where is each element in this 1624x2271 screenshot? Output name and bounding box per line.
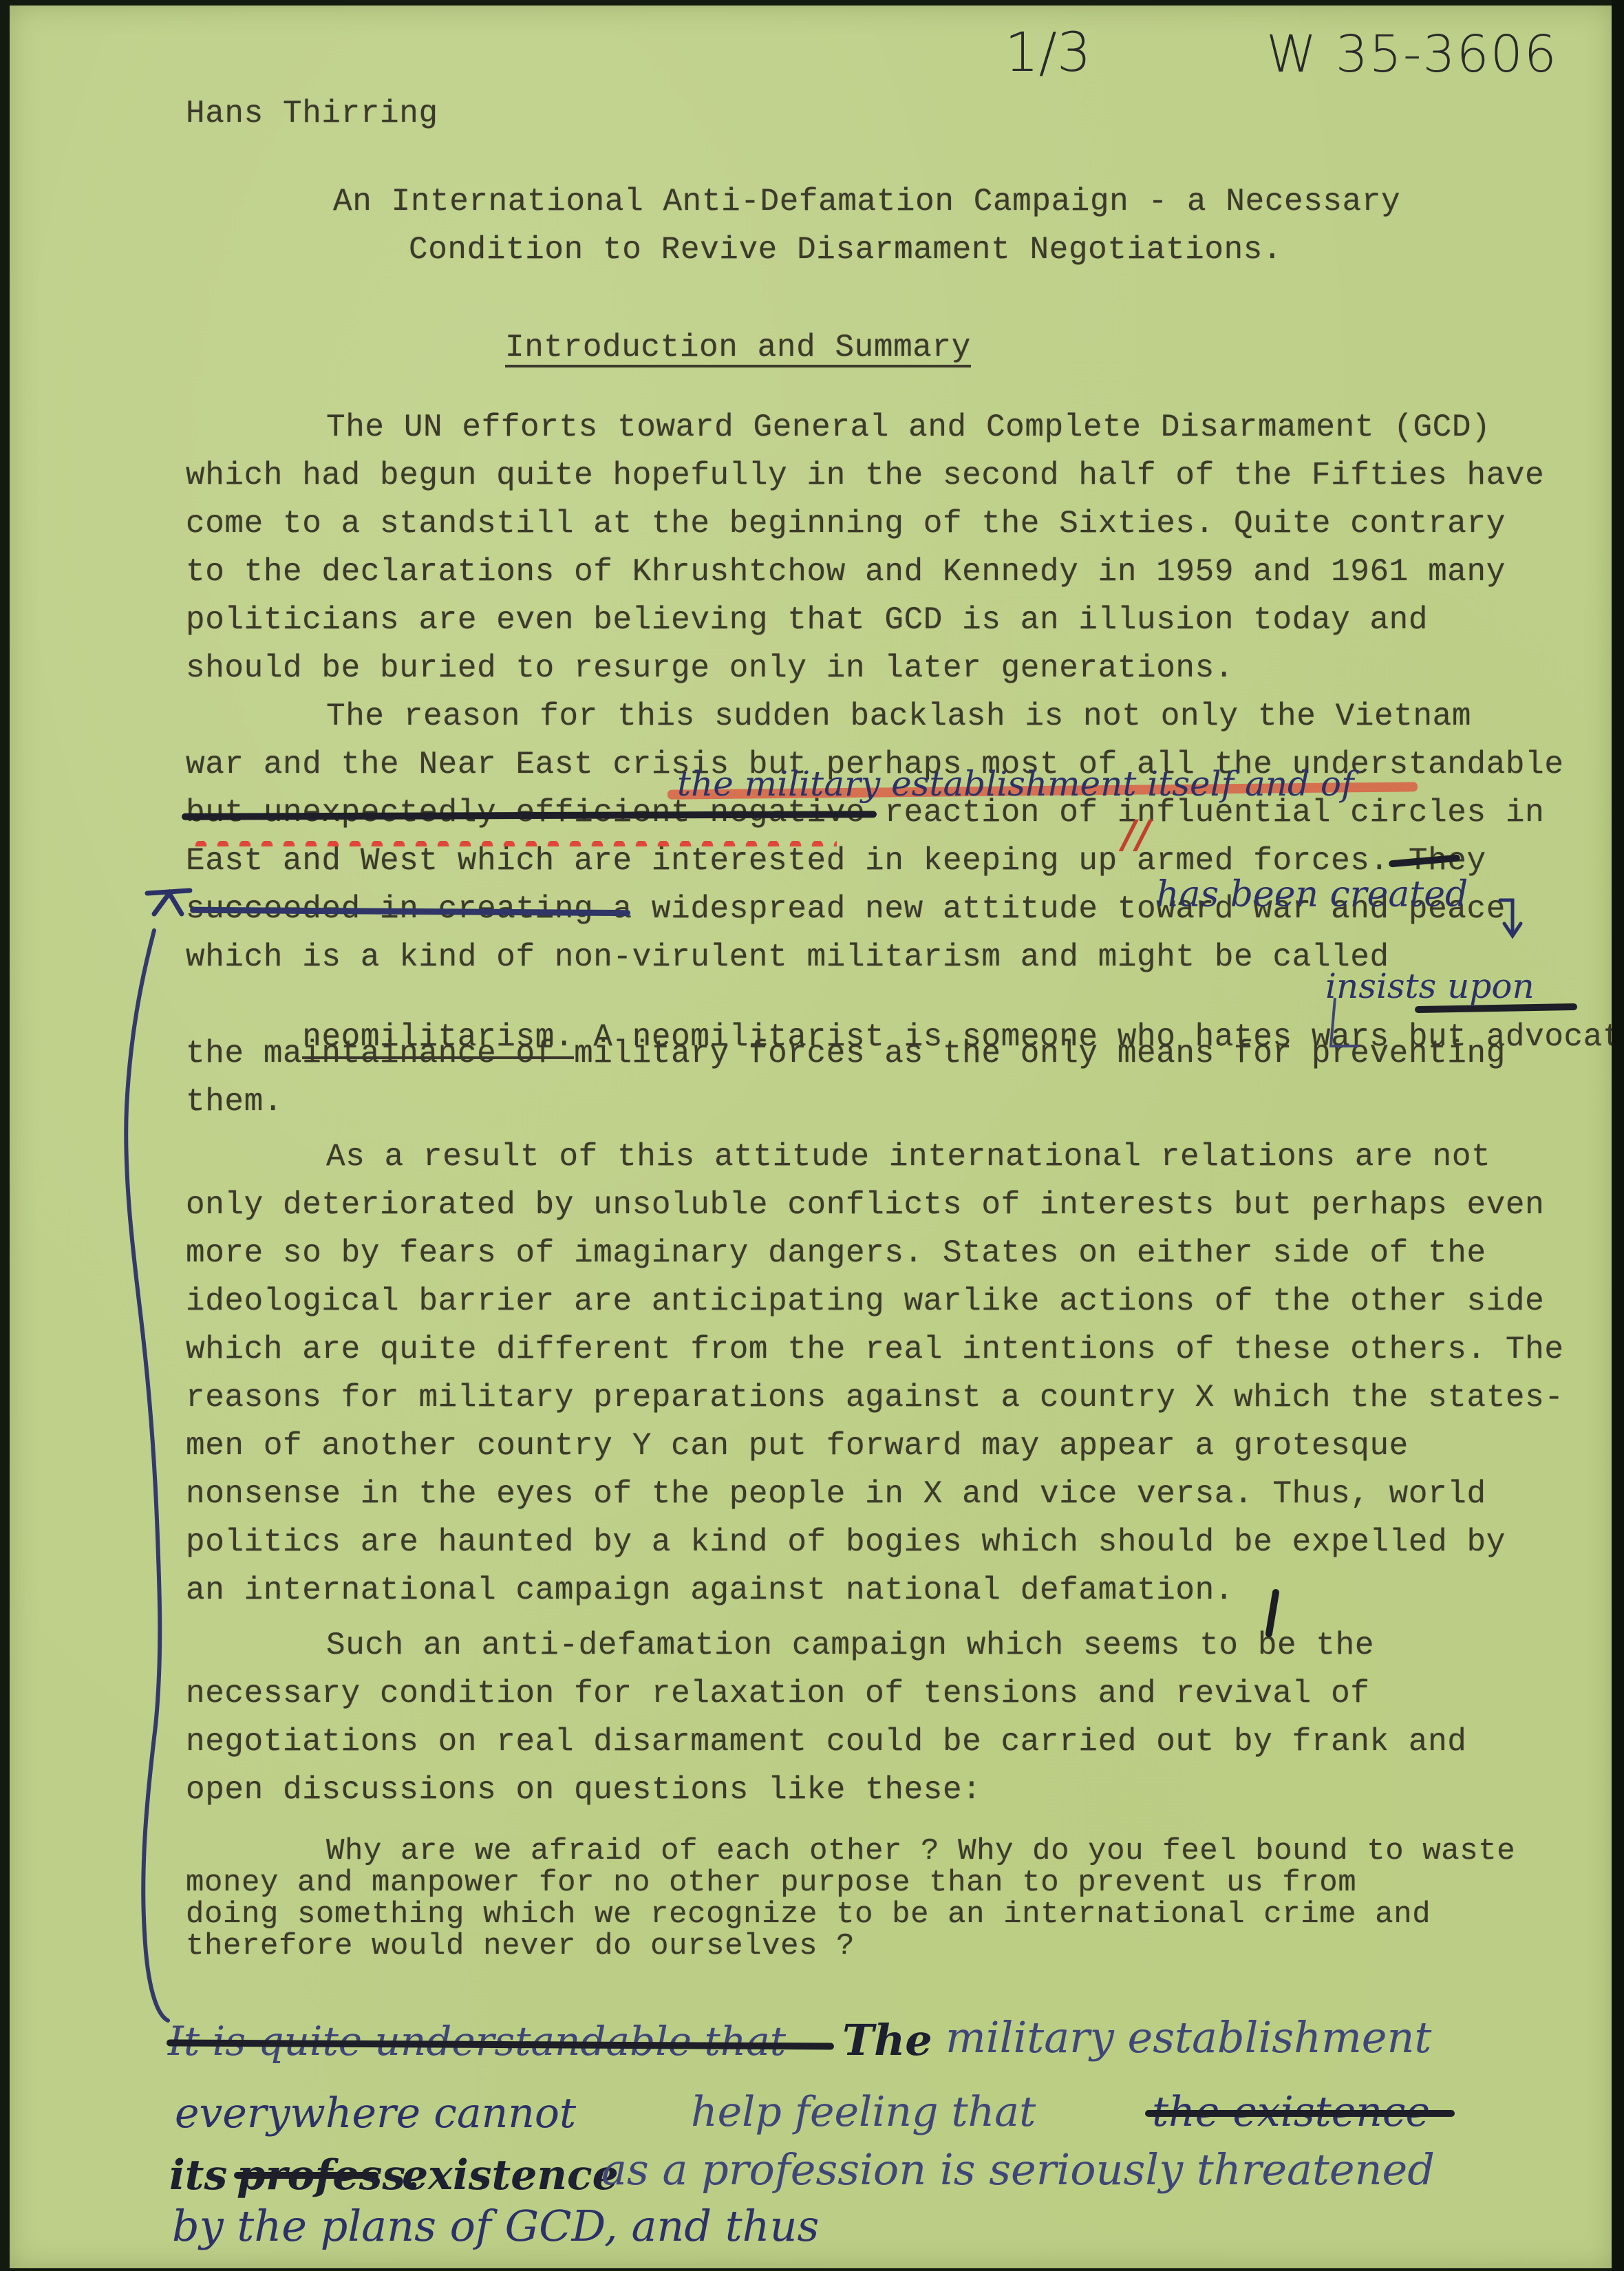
hand-line-3-a: its — [169, 2151, 227, 2199]
hand-line-2-b: help feeling that — [691, 2088, 1036, 2136]
document-page: 1/3 W 35-3606 Hans Thirring An Internati… — [10, 6, 1613, 2268]
annotation-strokes — [10, 6, 1613, 2268]
hand-line-3-b: existence — [402, 2151, 619, 2199]
hand-line-4: by the plans of GCD, and thus — [172, 2201, 819, 2251]
strike-profess — [234, 2172, 378, 2179]
scan-frame-edge — [1612, 0, 1624, 2271]
hand-line-2-a: everywhere cannot — [175, 2089, 576, 2137]
hand-line-3-c: as a profession is seriously threatened — [601, 2144, 1435, 2195]
hand-line-1-rest: military establishment — [945, 2012, 1431, 2062]
strike-the-existence — [1145, 2110, 1455, 2117]
hand-line-1-the: The — [842, 2015, 932, 2065]
